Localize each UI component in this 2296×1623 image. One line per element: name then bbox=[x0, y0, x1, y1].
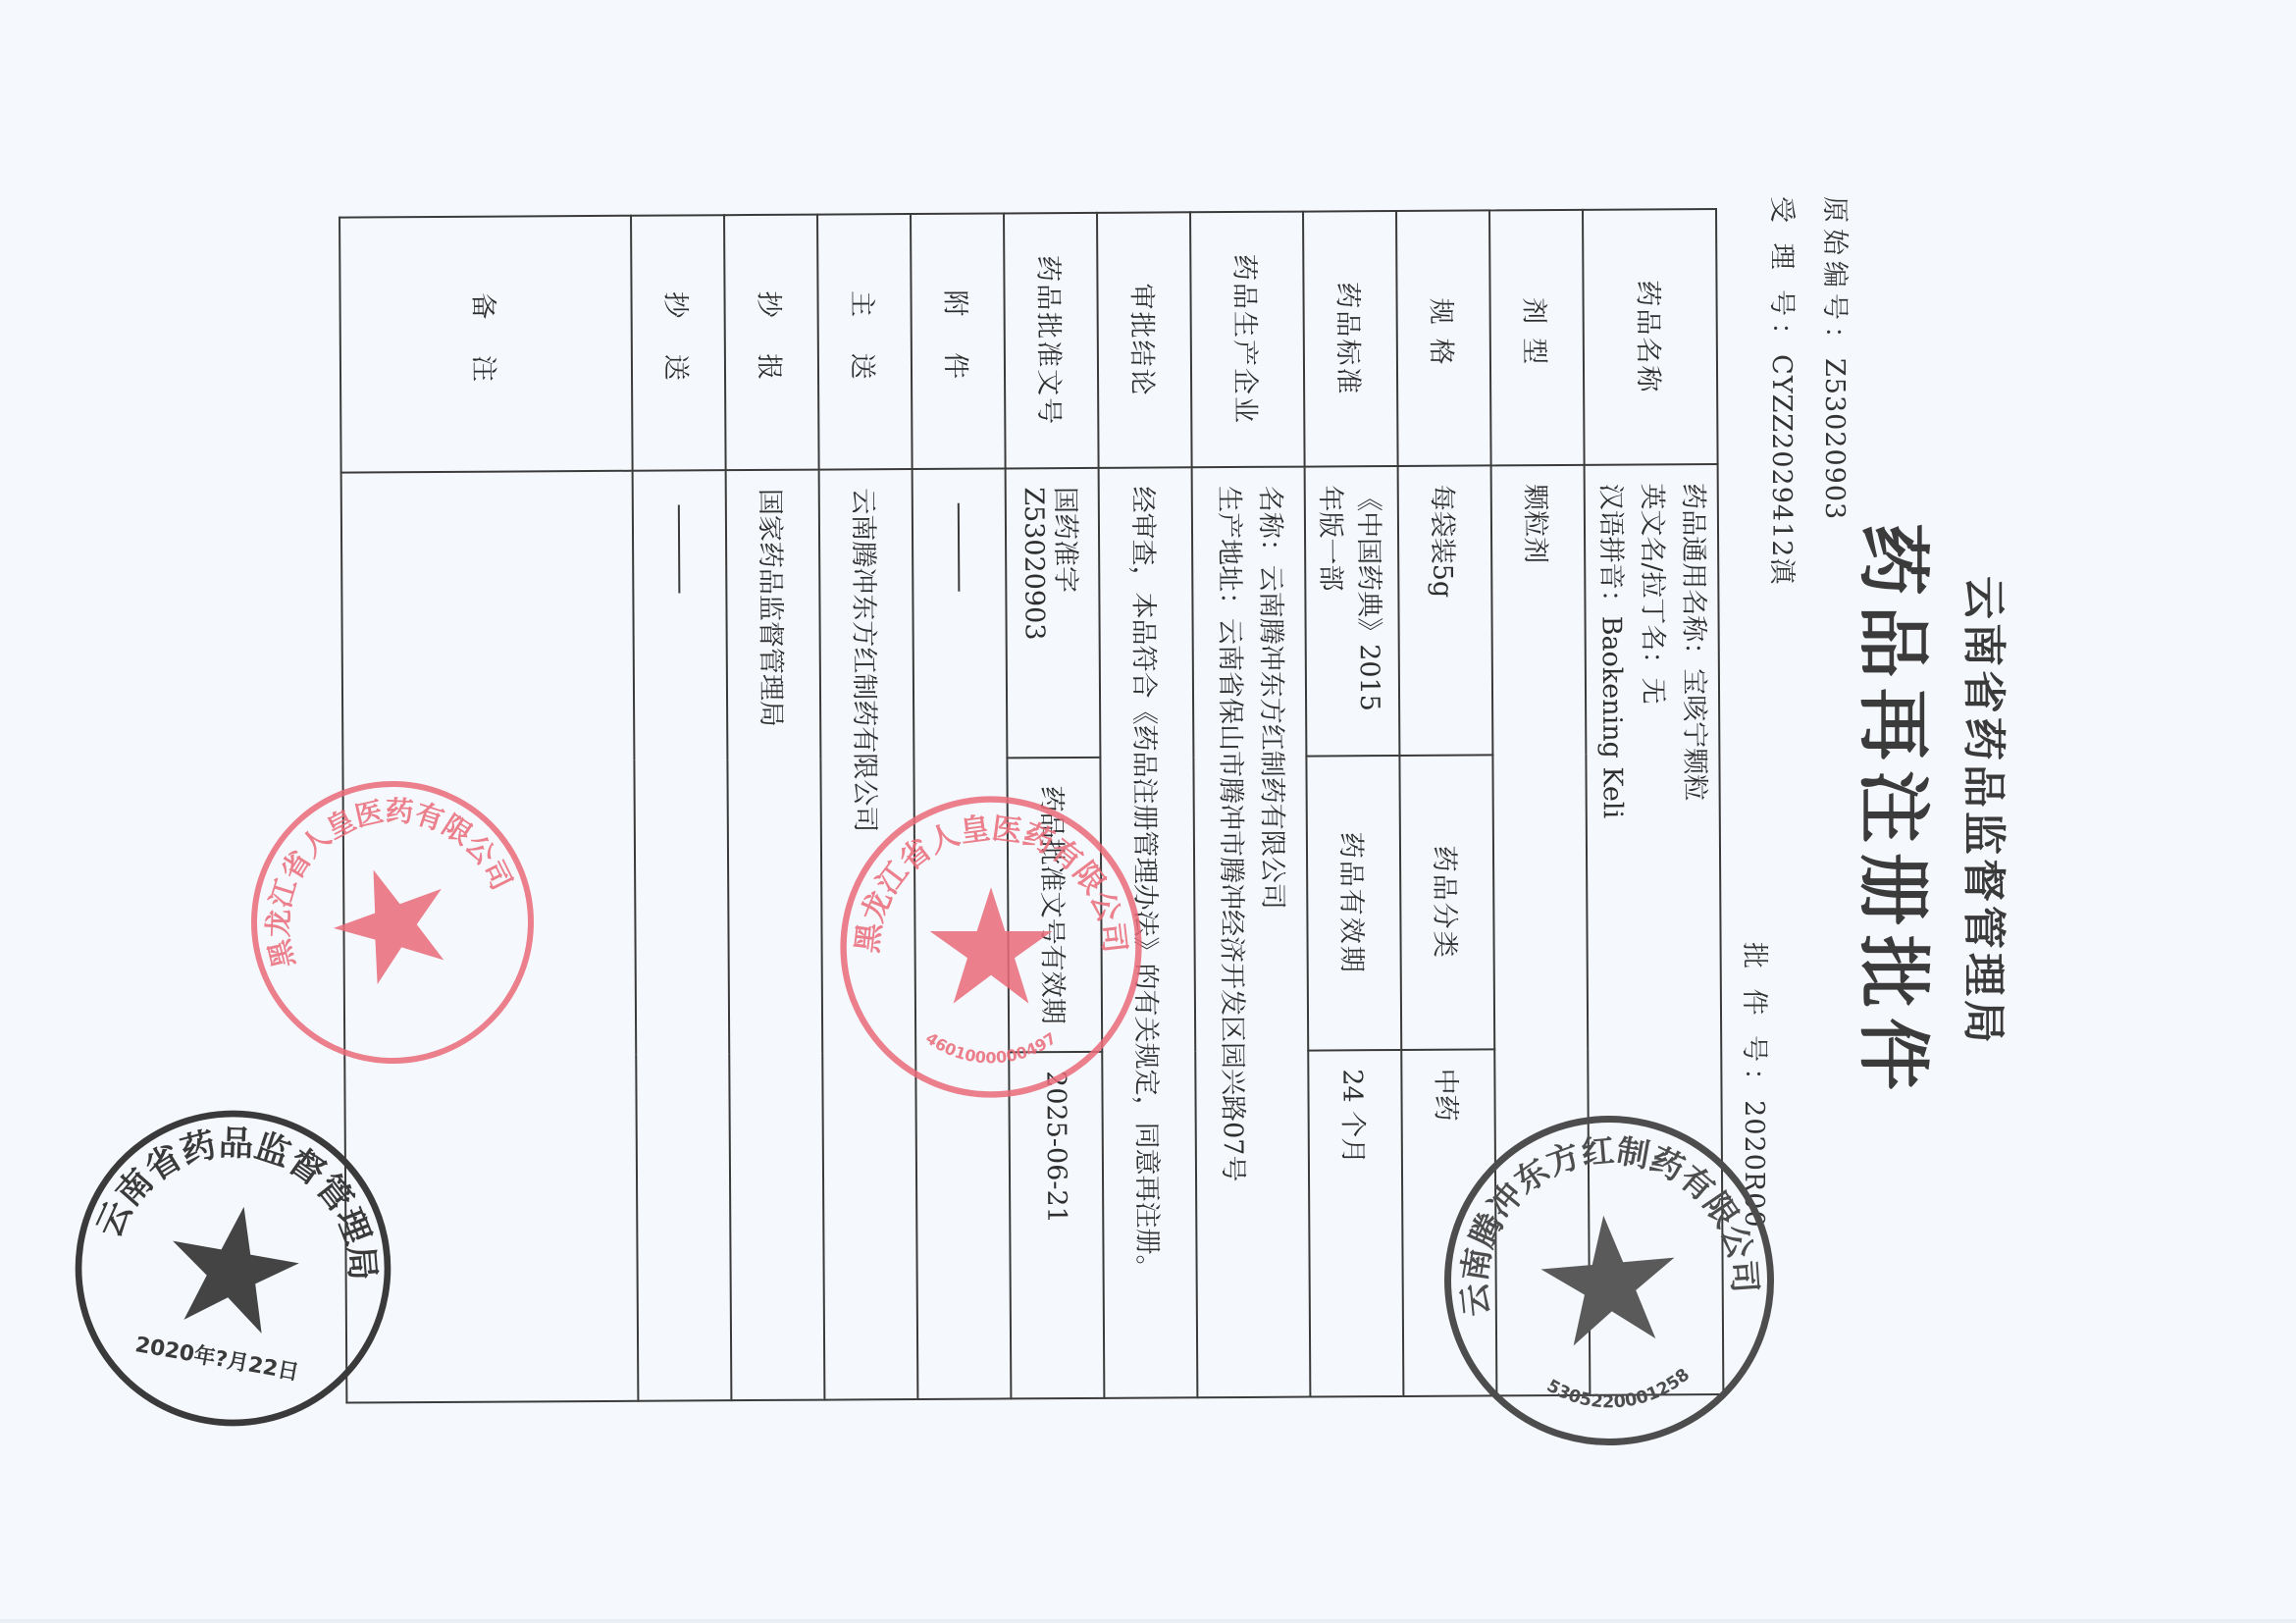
label-copy-report: 抄 报 bbox=[724, 215, 819, 471]
dash-placeholder bbox=[958, 503, 961, 592]
original-number-value: Z53020903 bbox=[1819, 358, 1850, 520]
generic-name-value: 宝咳宁颗粒 bbox=[1679, 668, 1710, 801]
label-shelf-life: 药品有效期 bbox=[1307, 756, 1402, 1051]
red-seal-center: 黑龙江省人皇医药有限公司 4601000000497 bbox=[834, 790, 1148, 1104]
authority-seal: 云南省药品监督管理局 2020年?月22日 bbox=[42, 1077, 423, 1458]
label-conclusion: 审批结论 bbox=[1097, 212, 1192, 468]
manufacturer-address-label: 生产地址： bbox=[1214, 486, 1245, 618]
copy-report-value: 国家药品监督管理局 bbox=[726, 470, 825, 1401]
manufacturer-name-label: 名称： bbox=[1255, 486, 1285, 565]
manufacturer-cell: 名称：云南腾冲东方红制药有限公司 生产地址：云南省保山市腾冲市腾冲经济开发区园兴… bbox=[1192, 467, 1311, 1398]
pinyin-value: Baokening Keli bbox=[1596, 616, 1628, 819]
acceptance-number-label: 受 理 号： bbox=[1766, 196, 1797, 354]
acceptance-number: 受 理 号：CYZZ2029412滇 bbox=[1765, 196, 1803, 585]
label-copy-send: 抄 送 bbox=[631, 215, 726, 471]
specification-value: 每袋装5g bbox=[1398, 465, 1493, 756]
dash-placeholder bbox=[678, 504, 681, 593]
row-copy-send: 抄 送 bbox=[631, 215, 731, 1401]
label-drug-category: 药品分类 bbox=[1400, 755, 1495, 1050]
drug-standard-value: 《中国药典》2015年版一部 bbox=[1305, 466, 1400, 757]
label-drug-standard: 药品标准 bbox=[1303, 211, 1398, 467]
label-main-recipient: 主 送 bbox=[817, 214, 913, 470]
manufacturer-seal: 云南腾冲东方红制药有限公司 5305220001258 bbox=[1423, 1094, 1795, 1466]
shelf-life-value: 24 个月 bbox=[1309, 1050, 1404, 1397]
english-latin-label: 英文名/拉丁名： bbox=[1637, 483, 1668, 677]
row-manufacturer: 药品生产企业 名称：云南腾冲东方红制药有限公司 生产地址：云南省保山市腾冲市腾冲… bbox=[1190, 212, 1310, 1398]
copy-send-value bbox=[633, 470, 732, 1401]
label-manufacturer: 药品生产企业 bbox=[1190, 212, 1305, 468]
authority-seal-graphic: 云南省药品监督管理局 2020年?月22日 bbox=[42, 1077, 423, 1458]
scan-edge bbox=[0, 1619, 2296, 1623]
label-attachment: 附 件 bbox=[911, 213, 1006, 469]
original-number-label: 原始编号： bbox=[1819, 196, 1850, 358]
manufacturer-name-value: 云南腾冲东方红制药有限公司 bbox=[1255, 565, 1287, 910]
approval-doc-label: 批 件 号： bbox=[1739, 942, 1769, 1100]
label-drug-name: 药品名称 bbox=[1583, 209, 1717, 465]
document-title: 药品再注册批件 bbox=[1847, 0, 1951, 1623]
label-approval-number: 药品批准文号 bbox=[1004, 213, 1099, 469]
rotated-document-page: 云南省药品监督管理局 药品再注册批件 原始编号：Z53020903 受 理 号：… bbox=[0, 0, 2296, 1623]
svg-text:2020年?月22日: 2020年?月22日 bbox=[133, 1332, 301, 1386]
english-latin-value: 无 bbox=[1638, 677, 1668, 704]
manufacturer-address-value: 云南省保山市腾冲市腾冲经济开发区园兴路07号 bbox=[1215, 618, 1249, 1182]
original-number: 原始编号：Z53020903 bbox=[1818, 196, 1856, 520]
manufacturer-address: 生产地址：云南省保山市腾冲市腾冲经济开发区园兴路07号 bbox=[1208, 486, 1254, 1379]
label-dosage-form: 剂型 bbox=[1489, 210, 1585, 466]
row-copy-report: 抄 报 国家药品监督管理局 bbox=[724, 215, 824, 1401]
row-standard: 药品标准 《中国药典》2015年版一部 药品有效期 24 个月 bbox=[1303, 211, 1403, 1397]
label-remarks: 备 注 bbox=[339, 216, 633, 473]
generic-name-label: 药品通用名称： bbox=[1678, 483, 1709, 668]
red-seal-center-graphic: 黑龙江省人皇医药有限公司 4601000000497 bbox=[834, 790, 1148, 1104]
label-specification: 规格 bbox=[1396, 210, 1491, 466]
manufacturer-seal-graphic: 云南腾冲东方红制药有限公司 5305220001258 bbox=[1423, 1094, 1795, 1466]
svg-text:4601000000497: 4601000000497 bbox=[922, 1028, 1060, 1067]
svg-text:5305220001258: 5305220001258 bbox=[1541, 1364, 1696, 1418]
manufacturer-name: 名称：云南腾冲东方红制药有限公司 bbox=[1249, 486, 1295, 1379]
approval-number-value: 国药准字Z53020903 bbox=[1006, 468, 1101, 759]
acceptance-number-value: CYZZ2029412滇 bbox=[1766, 354, 1797, 585]
issuing-authority: 云南省药品监督管理局 bbox=[1957, 0, 2019, 1623]
pinyin-label: 汉语拼音： bbox=[1595, 484, 1627, 616]
